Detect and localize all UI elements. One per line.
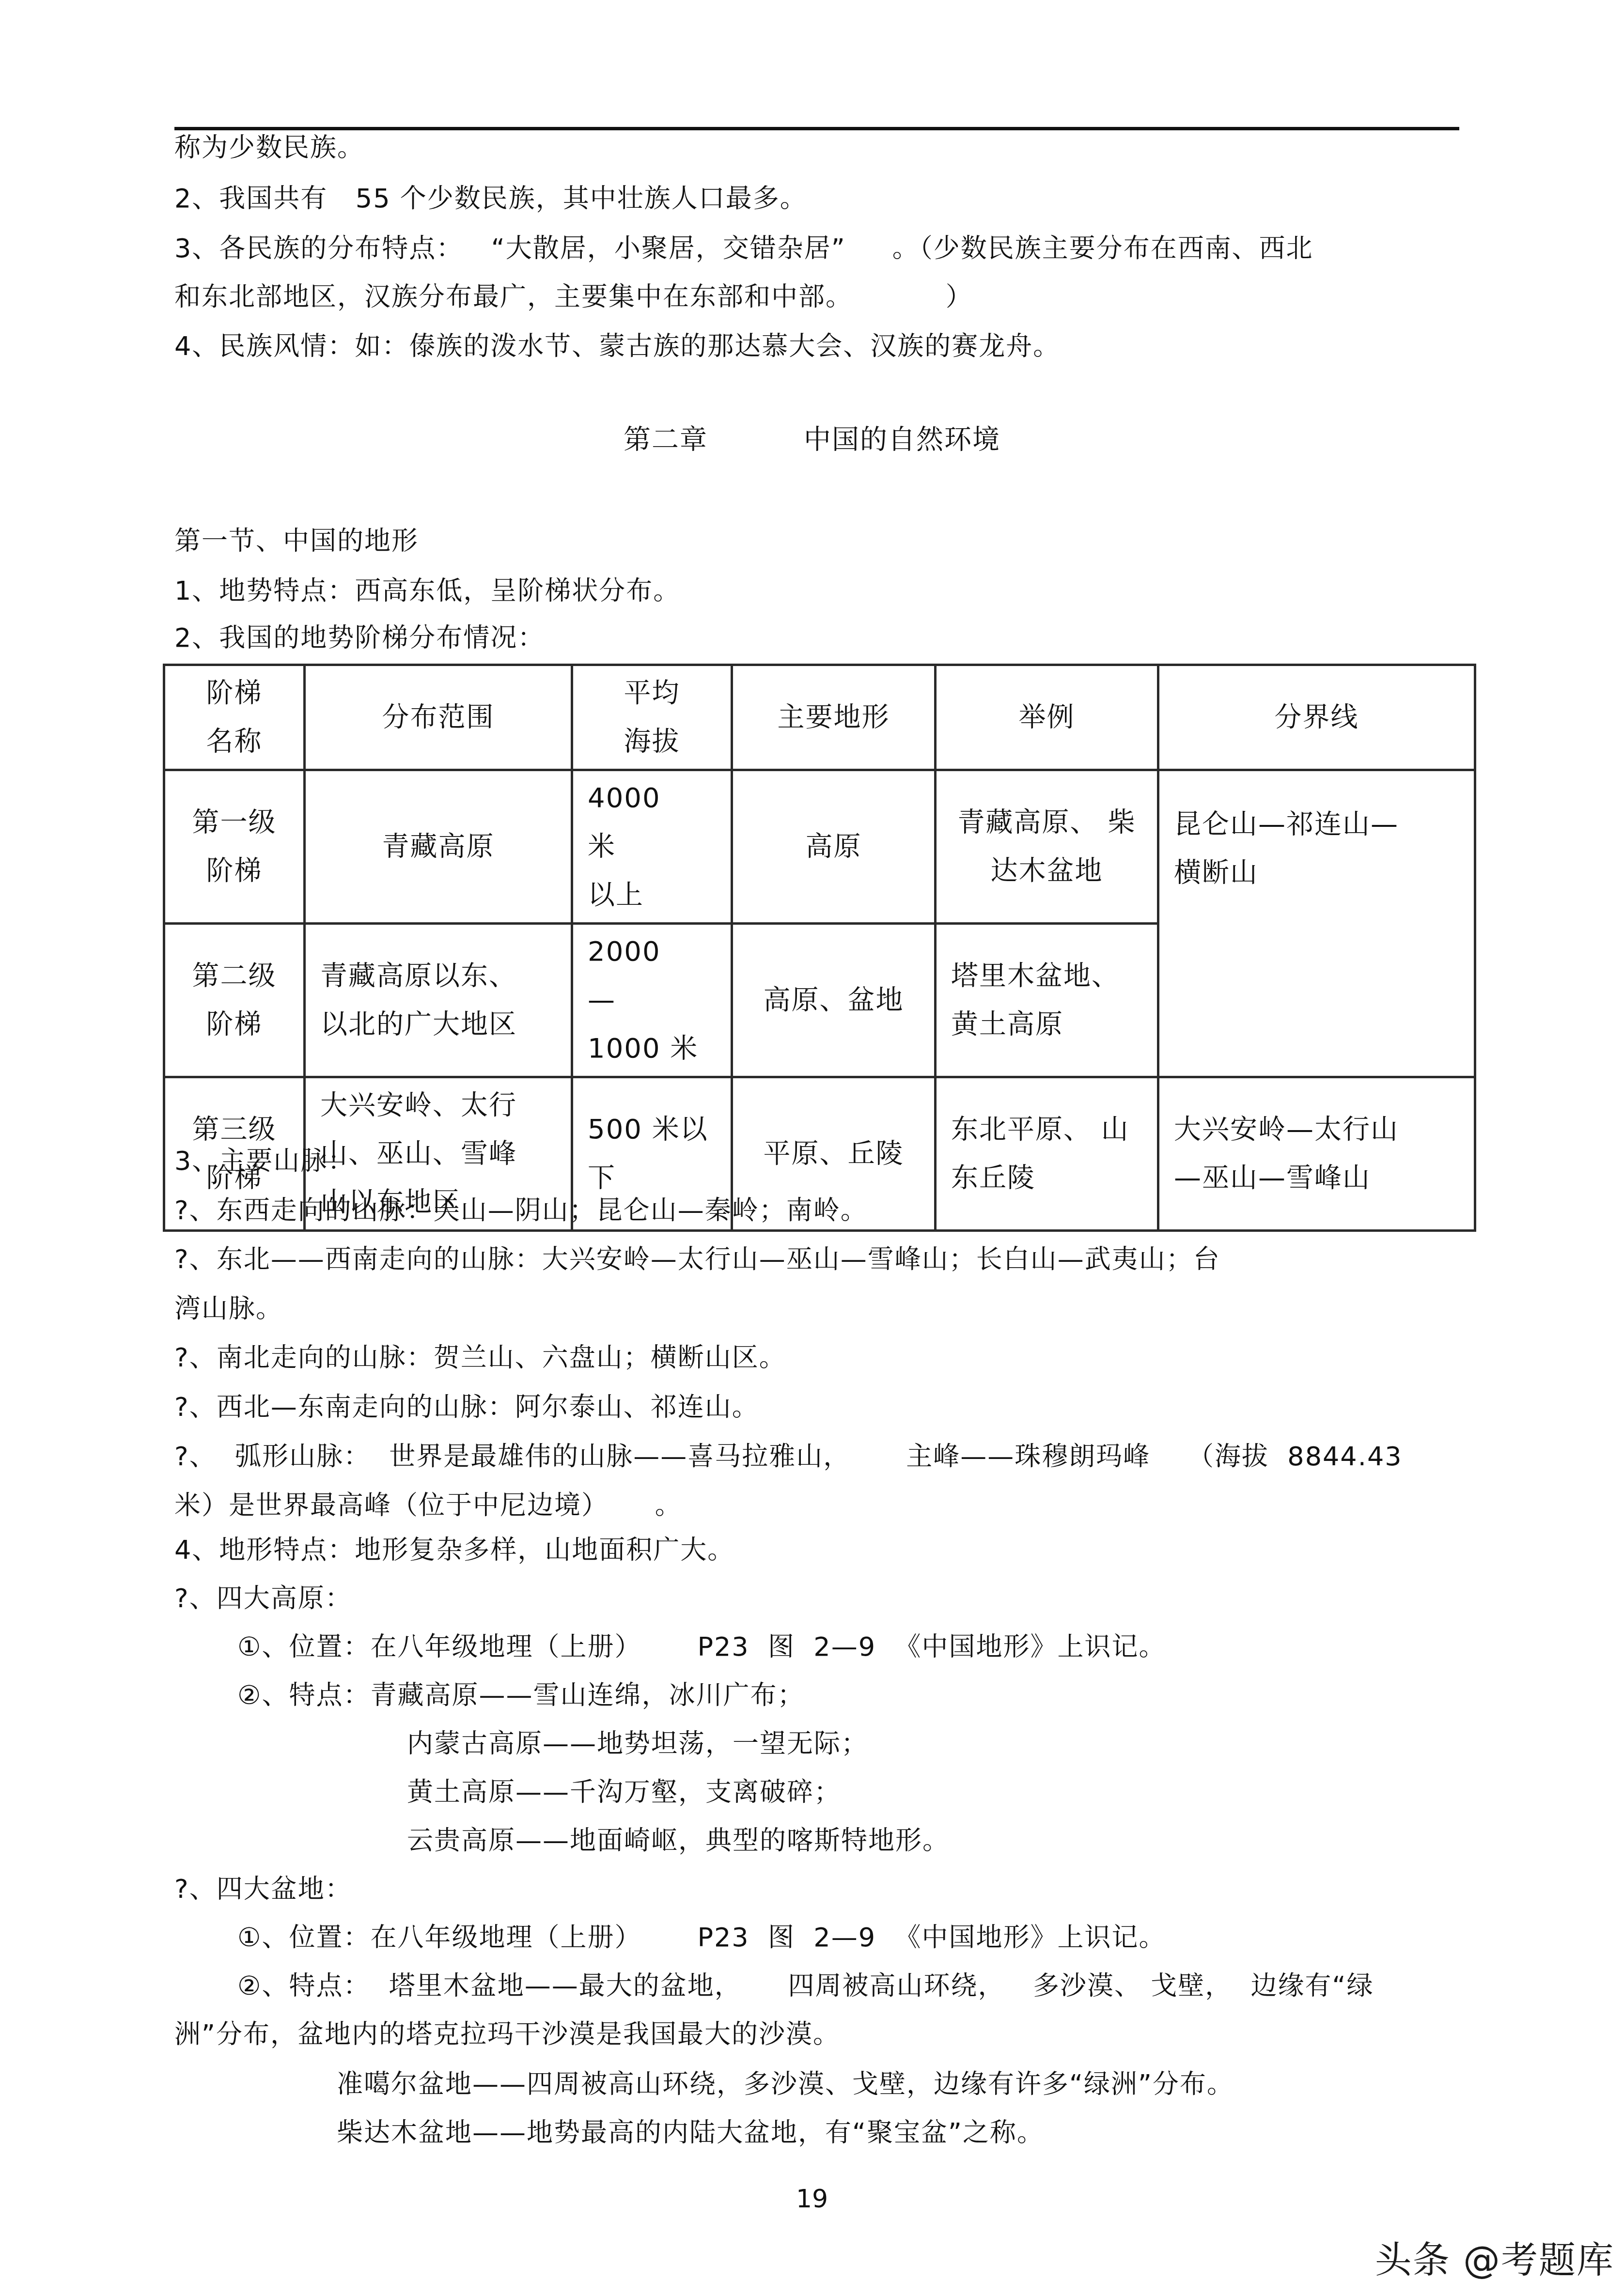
text-line: 3、各民族的分布特点： “大散居，小聚居，交错杂居” 。（少数民族主要分布在西南… xyxy=(174,232,1313,265)
text-line: 洲”分布，盆地内的塔克拉玛干沙漠是我国最大的沙漠。 xyxy=(174,2017,840,2051)
terrain-steps-table: 阶梯 名称 分布范围 平均 海拔 主要地形 举例 分界线 第一级 阶梯 青藏高原… xyxy=(163,664,1476,1232)
boundary-cell: 昆仑山—祁连山— 横断山 xyxy=(1158,770,1475,1077)
header-cell: 阶梯 名称 xyxy=(164,665,305,770)
header-cell: 平均 海拔 xyxy=(572,665,732,770)
table-row: 第一级 阶梯 青藏高原 4000 米 以上 高原 青藏高原、 柴 达木盆地 昆仑… xyxy=(164,770,1475,924)
text-line: 准噶尔盆地——四周被高山环绕，多沙漠、戈壁，边缘有许多“绿洲”分布。 xyxy=(337,2067,1234,2101)
text-line: 和东北部地区，汉族分布最广，主要集中在东部和中部。 ） xyxy=(174,280,973,314)
altitude-cell: 2000 — 1000 米 xyxy=(572,924,732,1077)
section-heading: 3、主要山脉： xyxy=(174,1144,355,1178)
header-cell: 举例 xyxy=(936,665,1158,770)
text-line: 米）是世界最高峰（位于中尼边境） 。 xyxy=(174,1489,682,1522)
range-cell: 青藏高原以东、 以北的广大地区 xyxy=(305,924,572,1077)
text-line: ①、位置：在八年级地理（上册） P23 图 2—9 《中国地形》上识记。 xyxy=(237,1630,1166,1664)
text-line: ?、 弧形山脉： 世界是最雄伟的山脉——喜马拉雅山， 主峰——珠穆朗玛峰 （海拔… xyxy=(174,1440,1403,1474)
example-cell: 塔里木盆地、 黄土高原 xyxy=(936,924,1158,1077)
step-name-cell: 第一级 阶梯 xyxy=(164,770,305,924)
altitude-cell: 4000 米 以上 xyxy=(572,770,732,924)
text-line: 4、民族风情：如：傣族的泼水节、蒙古族的那达慕大会、汉族的赛龙舟。 xyxy=(174,329,1060,363)
text-line: ?、西北—东南走向的山脉：阿尔泰山、祁连山。 xyxy=(174,1390,759,1424)
terrain-cell: 高原 xyxy=(732,770,936,924)
text-line: ?、东西走向的山脉：天山—阴山；昆仑山—秦岭；南岭。 xyxy=(174,1194,868,1227)
boundary-cell: 大兴安岭—太行山 —巫山—雪峰山 xyxy=(1158,1077,1475,1231)
example-cell: 东北平原、 山 东丘陵 xyxy=(936,1077,1158,1231)
terrain-cell: 高原、盆地 xyxy=(732,924,936,1077)
watermark: 头条 @考题库 xyxy=(1375,2231,1614,2283)
text-line: 柴达木盆地——地势最高的内陆大盆地，有“聚宝盆”之称。 xyxy=(337,2116,1044,2150)
subsection-heading: ?、四大高原： xyxy=(174,1582,352,1615)
text-line: 称为少数民族。 xyxy=(174,131,364,165)
table-header-row: 阶梯 名称 分布范围 平均 海拔 主要地形 举例 分界线 xyxy=(164,665,1475,770)
header-cell: 主要地形 xyxy=(732,665,936,770)
text-line: 云贵高原——地面崎岖，典型的喀斯特地形。 xyxy=(407,1824,950,1858)
chapter-title: 第二章 中国的自然环境 xyxy=(0,423,1624,457)
subsection-heading: ?、四大盆地： xyxy=(174,1872,352,1906)
text-line: ①、位置：在八年级地理（上册） P23 图 2—9 《中国地形》上识记。 xyxy=(237,1921,1166,1955)
text-line: ?、南北走向的山脉：贺兰山、六盘山；横断山区。 xyxy=(174,1341,786,1375)
section-title: 第一节、中国的地形 xyxy=(174,524,419,558)
range-cell: 青藏高原 xyxy=(305,770,572,924)
text-line: ②、特点： 塔里木盆地——最大的盆地， 四周被高山环绕， 多沙漠、 戈壁， 边缘… xyxy=(237,1969,1374,2003)
document-page: 称为少数民族。 2、我国共有 55 个少数民族，其中壮族人口最多。 3、各民族的… xyxy=(0,0,1624,2296)
header-cell: 分布范围 xyxy=(305,665,572,770)
example-cell: 青藏高原、 柴 达木盆地 xyxy=(936,770,1158,924)
section-heading: 4、地形特点：地形复杂多样，山地面积广大。 xyxy=(174,1533,734,1567)
page-number: 19 xyxy=(0,2185,1624,2214)
text-line: 黄土高原——千沟万壑，支离破碎； xyxy=(407,1775,841,1809)
step-name-cell: 第二级 阶梯 xyxy=(164,924,305,1077)
text-line: 1、地势特点：西高东低，呈阶梯状分布。 xyxy=(174,574,680,608)
text-line: 2、我国的地势阶梯分布情况： xyxy=(174,621,545,655)
text-line: 内蒙古高原——地势坦荡，一望无际； xyxy=(407,1727,868,1761)
text-line: 湾山脉。 xyxy=(174,1292,283,1326)
text-line: ②、特点：青藏高原——雪山连绵，冰川广布； xyxy=(237,1678,804,1712)
header-cell: 分界线 xyxy=(1158,665,1475,770)
text-line: 2、我国共有 55 个少数民族，其中壮族人口最多。 xyxy=(174,182,807,216)
text-line: ?、东北——西南走向的山脉：大兴安岭—太行山—巫山—雪峰山；长白山—武夷山；台 xyxy=(174,1242,1220,1276)
header-rule xyxy=(174,127,1459,130)
